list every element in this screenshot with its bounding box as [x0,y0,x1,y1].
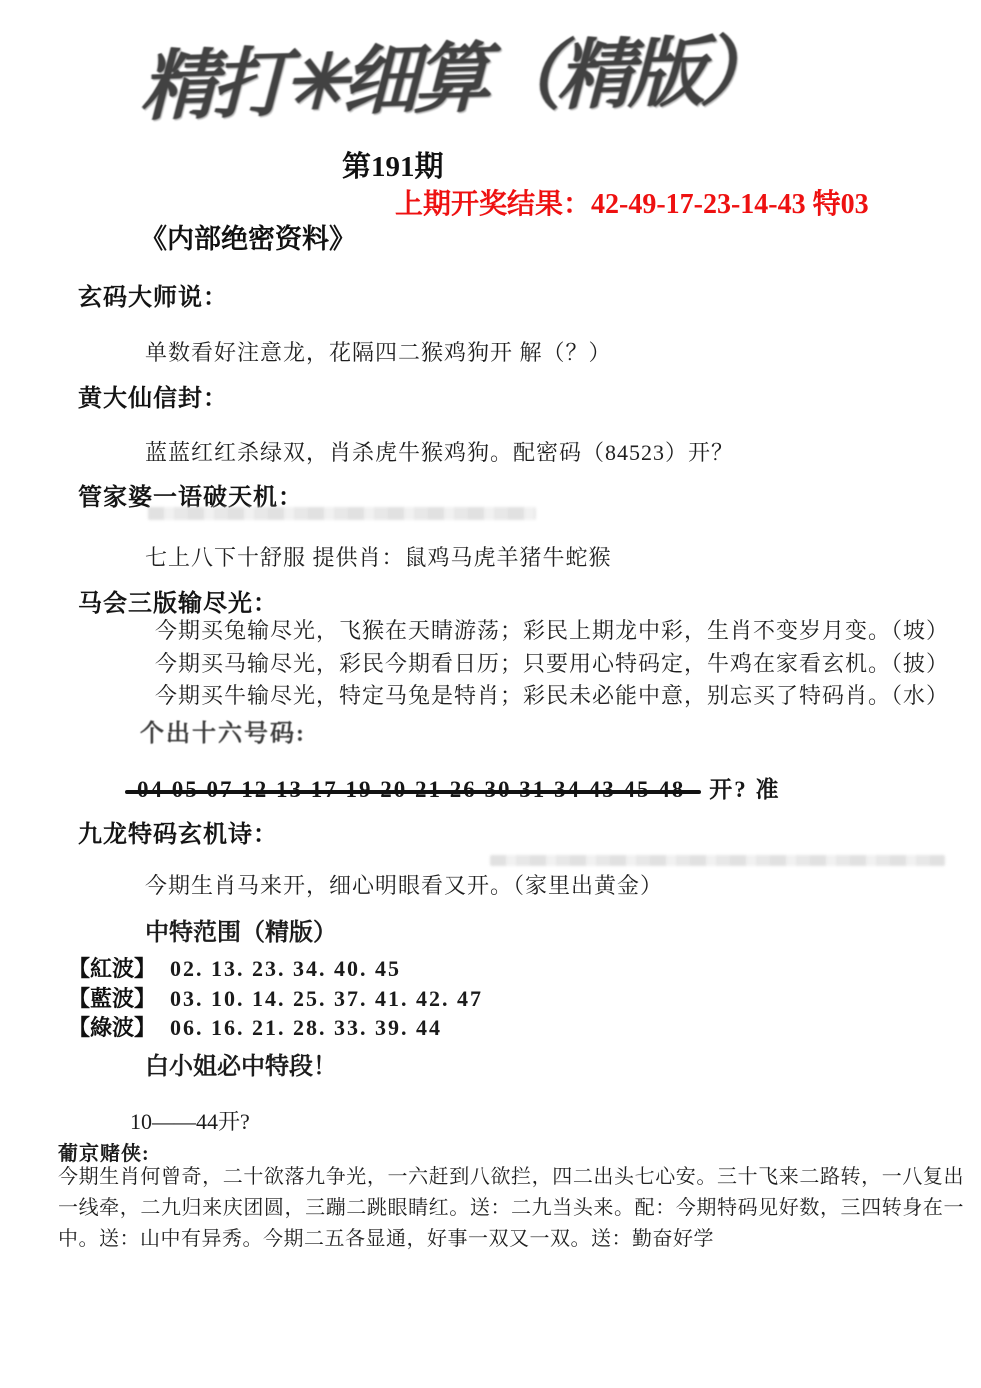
section-heading-huangdaxian: 黄大仙信封： [78,378,228,413]
last-draw-result: 上期开奖结果：42-49-17-23-14-43 特03 [395,182,869,222]
section-heading-jiulong: 九龙特码玄机诗： [78,814,278,849]
masthead-title-art: 精打✳细算（精版） [130,15,825,150]
wave-label-red: 【紅波】 [68,952,156,983]
wave-numbers-blue: 03. 10. 14. 25. 37. 41. 42. 47 [170,986,483,1012]
section-content-pujing: 今期生肖何曾奇，二十欲落九争光，一六赶到八欲拦，四二出头七心安。三十飞来二路转，… [58,1162,964,1255]
wave-label-green: 【綠波】 [68,1011,156,1042]
mahui-line-3: 今期买牛输尽光，特定马兔是特肖；彩民未必能中意，别忘买了特码肖。（水） [155,679,949,710]
section-content-xuanma: 单数看好注意龙，花隔四二猴鸡狗开 解（？） [145,336,612,367]
struck-numbers: 04 05 07 12 13 17 19 20 21 26 30 31 34 4… [133,777,689,803]
redacted-smudge-jiulong [490,855,945,866]
section-heading-baixiaojie: 白小姐必中特段！ [145,1046,337,1081]
wave-row-green: 【綠波】 06. 16. 21. 28. 33. 39. 44 [68,1011,442,1042]
document-subtitle: 《内部绝密资料》 [140,217,356,256]
wave-numbers-red: 02. 13. 23. 34. 40. 45 [170,956,401,982]
range-title: 中特范围（精版） [145,912,337,947]
section-heading-xuanma: 玄码大师说： [78,277,228,312]
wave-row-red: 【紅波】 02. 13. 23. 34. 40. 45 [68,952,401,983]
section-content-jiulong: 今期生肖马来开，细心明眼看又开。（家里出黄金） [145,869,663,900]
section-heading-buchu: 个出十六号码: [140,713,306,748]
section-content-guanjiapo: 七上八下十舒服 提供肖：鼠鸡马虎羊猪牛蛇猴 [145,541,612,572]
wave-numbers-green: 06. 16. 21. 28. 33. 39. 44 [170,1015,442,1041]
wave-row-blue: 【藍波】 03. 10. 14. 25. 37. 41. 42. 47 [68,982,483,1013]
mahui-line-1: 今期买兔输尽光，飞猴在天睛游荡；彩民上期龙中彩，生肖不变岁月变。（坡） [155,614,949,645]
issue-number: 第191期 [342,144,444,185]
redacted-smudge-guanjiapo [148,507,536,520]
section-heading-mahui: 马会三版输尽光： [78,583,278,618]
section-content-huangdaxian: 蓝蓝红红杀绿双，肖杀虎牛猴鸡狗。配密码（84523）开？ [145,436,734,467]
section-content-baixiaojie: 10——44开? [130,1105,250,1136]
struck-numbers-suffix: 开? 准 [709,777,780,802]
struck-numbers-line: 04 05 07 12 13 17 19 20 21 26 30 31 34 4… [133,771,781,804]
wave-label-blue: 【藍波】 [68,982,156,1013]
mahui-line-2: 今期买马输尽光，彩民今期看日历；只要用心特码定，牛鸡在家看玄机。（披） [155,647,949,678]
